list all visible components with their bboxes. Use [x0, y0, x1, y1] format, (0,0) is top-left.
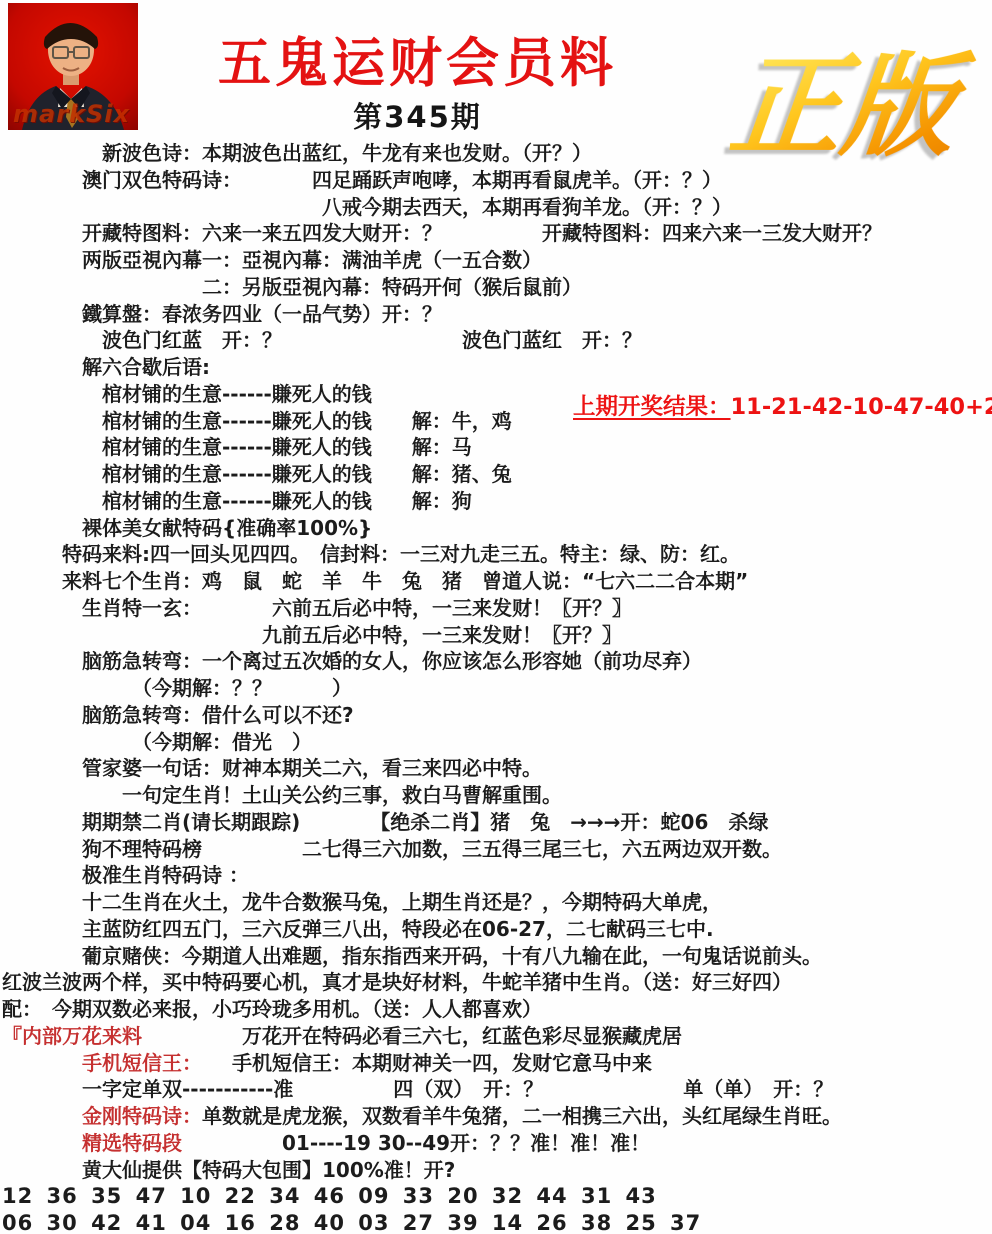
- text-segment: 波色门红蓝 开：？ 波色门蓝红 开：？: [2, 328, 642, 352]
- text-line: 金刚特码诗：单数就是虎龙猴，双数看羊牛兔猪，二一相携三六出，头红尾绿生肖旺。: [2, 1103, 990, 1130]
- text-segment: （今期解：借光 ）: [2, 730, 312, 754]
- text-line: 来料七个生肖：鸡 鼠 蛇 羊 牛 兔 猪 曾道人说：“七六二二合本期”: [2, 568, 990, 595]
- text-line: 二：另版亞視內幕：特码开何（猴后鼠前）: [2, 274, 990, 301]
- text-line: 澳门双色特码诗： 四足踊跃声咆哮，本期再看鼠虎羊。（开：？）: [2, 167, 990, 194]
- tip-sheet-page: markSix 五鬼运财会员料 第345期 正版 新波色诗：本期波色出蓝红，牛龙…: [0, 0, 992, 1234]
- text-segment: 单数就是虎龙猴，双数看羊牛兔猪，二一相携三六出，头红尾绿生肖旺。: [202, 1104, 842, 1128]
- text-segment: 管家婆一句话：财神本期关二六，看三来四必中特。: [2, 756, 542, 780]
- text-line: 鐵算盤：春浓务四业（一品气势）开：？: [2, 301, 990, 328]
- text-line: 一字定单双-----------准 四（双） 开：？ 单（单） 开：？: [2, 1076, 990, 1103]
- text-segment: 九前五后必中特，一三来发财！〖开？〗: [2, 623, 622, 647]
- text-segment: 十二生肖在火土，龙牛合数猴马兔，上期生肖还是？，今期特码大单虎，: [2, 890, 722, 914]
- text-segment: 棺材铺的生意------賺死人的钱 解：马: [2, 435, 472, 459]
- text-line: 棺材铺的生意------賺死人的钱 解：狗: [2, 488, 990, 515]
- text-line: 黄大仙提供【特码大包围】100%准！开?: [2, 1157, 990, 1184]
- text-segment: 手机短信王：本期财神关一四，发财它意马中来: [192, 1051, 652, 1075]
- text-line: 『内部万花来料 万花开在特码必看三六七，红蓝色彩尽显猴藏虎居: [2, 1023, 990, 1050]
- text-segment: 黄大仙提供【特码大包围】100%准！开?: [2, 1158, 455, 1182]
- text-line: 红波兰波两个样，买中特码要心机，真才是块好材料，牛蛇羊猪中生肖。（送：好三好四）: [2, 969, 990, 996]
- text-segment: 万花开在特码必看三六七，红蓝色彩尽显猴藏虎居: [142, 1024, 682, 1048]
- text-segment: 棺材铺的生意------賺死人的钱: [2, 382, 372, 406]
- text-segment: 棺材铺的生意------賺死人的钱 解：猪、兔: [2, 462, 512, 486]
- text-segment: 新波色诗：本期波色出蓝红，牛龙有来也发财。（开？）: [2, 141, 592, 165]
- text-line: 主蓝防红四五门，三六反弹三八出，特段必在06-27，二七献码三七中.: [2, 916, 990, 943]
- text-line: 九前五后必中特，一三来发财！〖开？〗: [2, 622, 990, 649]
- text-segment: 澳门双色特码诗： 四足踊跃声咆哮，本期再看鼠虎羊。（开：？）: [2, 168, 722, 192]
- text-line: 葡京赌侠：今期道人出难题，指东指西来开码，十有八九输在此，一句鬼话说前头。: [2, 943, 990, 970]
- text-line: 两版亞視內幕一：亞視內幕：满油羊虎（一五合数）: [2, 247, 990, 274]
- text-line: 棺材铺的生意------賺死人的钱 解：马: [2, 434, 990, 461]
- text-line: （今期解：借光 ）: [2, 729, 990, 756]
- text-segment: 配： 今期双数必来报，小巧玲珑多用机。（送：人人都喜欢）: [2, 997, 542, 1021]
- text-line: 06 30 42 41 04 16 28 40 03 27 39 14 26 3…: [2, 1210, 990, 1234]
- text-line: 期期禁二肖(请长期跟踪) 【绝杀二肖】猪 兔 →→→开：蛇06 杀绿: [2, 809, 990, 836]
- text-segment: 裸体美女献特码{准确率100%}: [2, 516, 372, 540]
- text-line: 新波色诗：本期波色出蓝红，牛龙有来也发财。（开？）: [2, 140, 990, 167]
- text-segment: 主蓝防红四五门，三六反弹三八出，特段必在06-27，二七献码三七中.: [2, 917, 714, 941]
- text-segment: 红波兰波两个样，买中特码要心机，真才是块好材料，牛蛇羊猪中生肖。（送：好三好四）: [2, 970, 792, 994]
- text-line: 棺材铺的生意------賺死人的钱: [2, 381, 990, 408]
- text-segment: 一字定单双-----------准 四（双） 开：？ 单（单） 开：？: [2, 1077, 833, 1101]
- issue-number: 第345期: [155, 95, 680, 136]
- text-segment: 一句定生肖！土山关公约三事，救白马曹解重围。: [2, 783, 562, 807]
- text-line: 棺材铺的生意------賺死人的钱 解：牛，鸡: [2, 408, 990, 435]
- text-segment: 棺材铺的生意------賺死人的钱 解：狗: [2, 489, 472, 513]
- text-segment: 鐵算盤：春浓务四业（一品气势）开：？: [2, 302, 442, 326]
- text-line: 狗不理特码榜 二七得三六加数，三五得三尾三七，六五两边双开数。: [2, 836, 990, 863]
- text-line: 脑筋急转弯：借什么可以不还?: [2, 702, 990, 729]
- text-line: 极准生肖特码诗 ：: [2, 862, 990, 889]
- text-segment: 06 30 42 41 04 16 28 40 03 27 39 14 26 3…: [2, 1211, 701, 1234]
- text-line: 十二生肖在火土，龙牛合数猴马兔，上期生肖还是？，今期特码大单虎，: [2, 889, 990, 916]
- text-segment: 金刚特码诗：: [2, 1104, 202, 1128]
- text-segment: 生肖特一玄： 六前五后必中特，一三来发财！〖开？〗: [2, 596, 632, 620]
- page-title: 五鬼运财会员料: [155, 34, 680, 93]
- text-segment: 期期禁二肖(请长期跟踪) 【绝杀二肖】猪 兔 →→→开：蛇06 杀绿: [2, 810, 768, 834]
- header-block: 五鬼运财会员料 第345期: [155, 34, 680, 136]
- text-line: 脑筋急转弯：一个离过五次婚的女人，你应该怎么形容她（前功尽弃）: [2, 648, 990, 675]
- text-segment: 12 36 35 47 10 22 34 46 09 33 20 32 44 3…: [2, 1184, 657, 1208]
- text-segment: 狗不理特码榜 二七得三六加数，三五得三尾三七，六五两边双开数。: [2, 837, 782, 861]
- text-line: 管家婆一句话：财神本期关二六，看三来四必中特。: [2, 755, 990, 782]
- portrait-photo: markSix: [8, 3, 138, 130]
- text-line: 特码来料:四一回头见四四。 信封料：一三对九走三五。特主：绿、防：红。: [2, 541, 990, 568]
- photo-caption: markSix: [13, 100, 130, 128]
- text-segment: 葡京赌侠：今期道人出难题，指东指西来开码，十有八九输在此，一句鬼话说前头。: [2, 944, 822, 968]
- text-segment: 精选特码段: [2, 1131, 182, 1155]
- text-segment: 01----19 30--49开：？？准！准！准！: [182, 1131, 650, 1155]
- text-segment: 八戒今期去西天，本期再看狗羊龙。（开：？）: [2, 195, 732, 219]
- text-line: 解六合歇后语:: [2, 354, 990, 381]
- text-segment: 解六合歇后语:: [2, 355, 210, 379]
- text-line: 配： 今期双数必来报，小巧玲珑多用机。（送：人人都喜欢）: [2, 996, 990, 1023]
- text-segment: 开藏特图料：六来一来五四发大财开：？ 开藏特图料：四来六来一三发大财开？: [2, 221, 882, 245]
- text-segment: 二：另版亞視內幕：特码开何（猴后鼠前）: [2, 275, 582, 299]
- text-line: 一句定生肖！土山关公约三事，救白马曹解重围。: [2, 782, 990, 809]
- text-segment: 来料七个生肖：鸡 鼠 蛇 羊 牛 兔 猪 曾道人说：“七六二二合本期”: [2, 569, 748, 593]
- text-line: 八戒今期去西天，本期再看狗羊龙。（开：？）: [2, 194, 990, 221]
- text-line: 12 36 35 47 10 22 34 46 09 33 20 32 44 3…: [2, 1183, 990, 1210]
- text-line: 裸体美女献特码{准确率100%}: [2, 515, 990, 542]
- text-line: 开藏特图料：六来一来五四发大财开：？ 开藏特图料：四来六来一三发大财开？: [2, 220, 990, 247]
- text-line: （今期解：？？ ）: [2, 675, 990, 702]
- text-line: 精选特码段 01----19 30--49开：？？准！准！准！: [2, 1130, 990, 1157]
- text-segment: 脑筋急转弯：借什么可以不还?: [2, 703, 354, 727]
- text-segment: （今期解：？？ ）: [2, 676, 352, 700]
- body-lines: 新波色诗：本期波色出蓝红，牛龙有来也发财。（开？） 澳门双色特码诗： 四足踊跃声…: [2, 140, 990, 1234]
- text-segment: 脑筋急转弯：一个离过五次婚的女人，你应该怎么形容她（前功尽弃）: [2, 649, 702, 673]
- text-line: 手机短信王： 手机短信王：本期财神关一四，发财它意马中来: [2, 1050, 990, 1077]
- text-segment: 两版亞視內幕一：亞視內幕：满油羊虎（一五合数）: [2, 248, 542, 272]
- text-segment: 手机短信王：: [2, 1051, 192, 1075]
- text-segment: 『内部万花来料: [2, 1024, 142, 1048]
- text-line: 波色门红蓝 开：？ 波色门蓝红 开：？: [2, 327, 990, 354]
- text-segment: 极准生肖特码诗 ：: [2, 863, 249, 887]
- text-segment: 特码来料:四一回头见四四。 信封料：一三对九走三五。特主：绿、防：红。: [2, 542, 740, 566]
- text-line: 棺材铺的生意------賺死人的钱 解：猪、兔: [2, 461, 990, 488]
- text-line: 生肖特一玄： 六前五后必中特，一三来发财！〖开？〗: [2, 595, 990, 622]
- text-segment: 棺材铺的生意------賺死人的钱 解：牛，鸡: [2, 409, 512, 433]
